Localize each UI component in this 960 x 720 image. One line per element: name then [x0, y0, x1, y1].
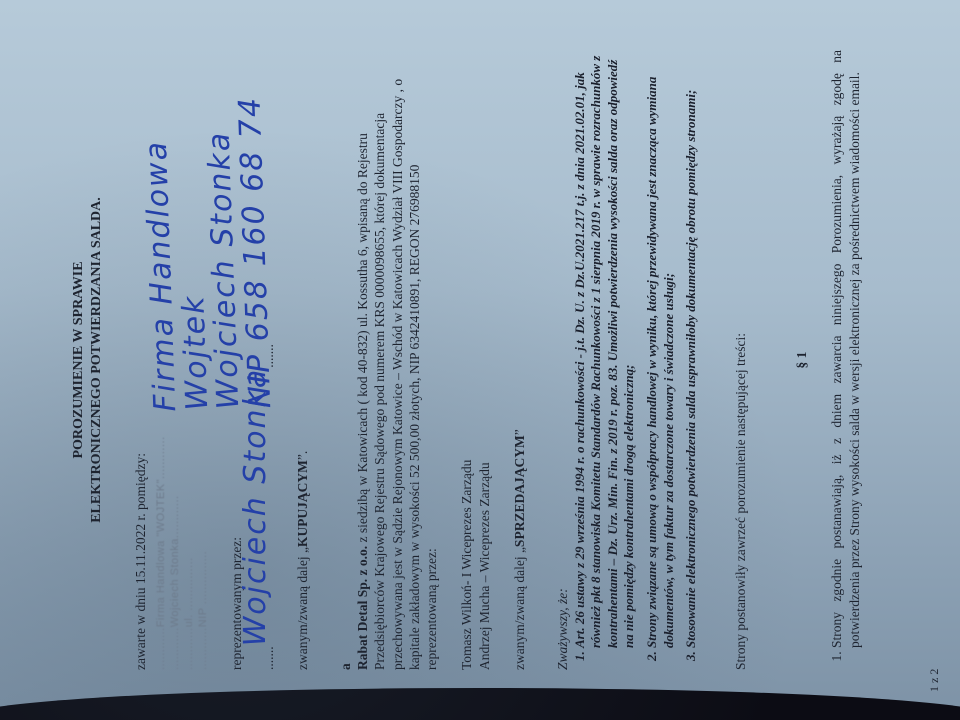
considerations-list: Art. 26 ustawy z 29 września 1994 r. o r…	[572, 50, 700, 670]
seller-rep-2: Andrzej Mucha – Wiceprezes Zarządu	[476, 50, 493, 670]
consideration-item: Art. 26 ustawy z 29 września 1994 r. o r…	[572, 50, 639, 648]
terms-list: Strony zgodnie postanawiają, iż z dniem …	[828, 50, 863, 670]
and-connector: a	[337, 50, 354, 670]
page-number: 1 z 2	[927, 669, 942, 692]
consideration-item: Strony związane są umową o współpracy ha…	[644, 50, 677, 648]
page-content: POROZUMIENIE W SPRAWIE ELEKTRONICZNEGO P…	[70, 50, 863, 670]
seller-name: Rabat Detal Sp. z o.o.	[355, 546, 370, 670]
considering-label: Zważywszy, że:	[554, 50, 571, 670]
consideration-item: Stosowanie elektronicznego potwierdzenia…	[683, 50, 700, 648]
seller-called: zwanym/zwaną dalej „SPRZEDAJĄCYM”	[511, 50, 528, 670]
section-heading: § 1	[793, 50, 810, 670]
seller-represented-label: reprezentowaną przez:	[423, 50, 440, 670]
seller-details: Rabat Detal Sp. z o.o. z siedzibą w Kato…	[354, 50, 423, 670]
document-page: POROZUMIENIE W SPRAWIE ELEKTRONICZNEGO P…	[10, 10, 950, 710]
parties-agreed: Strony postanowiły zawrzeć porozumienie …	[732, 50, 749, 670]
buyer-called: zwanym/zwaną dalej „KUPUJĄCYM”.	[294, 50, 311, 670]
handwritten-buyer-details: Firma Handlowa Wojtek Wojciech Stonka NI…	[138, 48, 276, 412]
seller-rep-1: Tomasz Wilkoń- I Wiceprezes Zarządu	[458, 50, 475, 670]
title-line-2: ELEKTRONICZNEGO POTWIERDZANIA SALDA.	[88, 50, 106, 670]
document-title: POROZUMIENIE W SPRAWIE ELEKTRONICZNEGO P…	[70, 50, 106, 670]
term-item: Strony zgodnie postanawiają, iż z dniem …	[828, 50, 863, 648]
handwritten-signature: Wojciech Stonka	[237, 368, 275, 647]
title-line-1: POROZUMIENIE W SPRAWIE	[70, 50, 88, 670]
